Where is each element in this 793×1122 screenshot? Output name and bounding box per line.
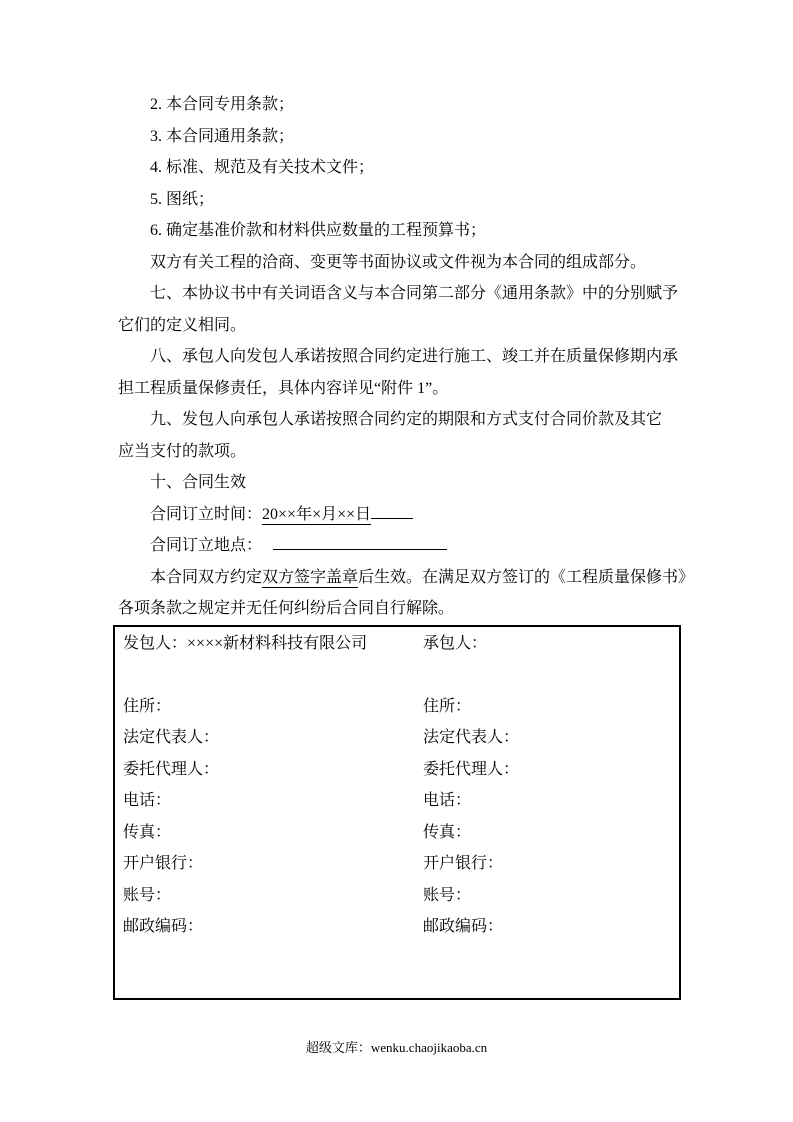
employer-field-legal-rep: 法定代表人： xyxy=(123,722,423,754)
clause-eight-line-2: 担工程质量保修责任，具体内容详见“附件 1”。 xyxy=(118,373,678,405)
contract-place-label: 合同订立地点： xyxy=(150,537,262,554)
blank-row xyxy=(423,659,679,691)
employer-field-postcode: 邮政编码： xyxy=(123,911,423,943)
contractor-field-agent: 委托代理人： xyxy=(423,754,679,786)
clause-line-6: 6. 确定基准价款和材料供应数量的工程预算书； xyxy=(118,215,678,247)
clause-line-5: 5. 图纸； xyxy=(118,184,678,216)
underline-blank xyxy=(273,534,447,550)
contract-place-line: 合同订立地点： xyxy=(118,530,678,562)
clause-ten-heading: 十、合同生效 xyxy=(118,467,678,499)
contractor-field-legal-rep: 法定代表人： xyxy=(423,722,679,754)
employer-column: 发包人：××××新材料科技有限公司 住所： 法定代表人： 委托代理人： 电话： … xyxy=(123,628,423,998)
footer-site-label: 超级文库： xyxy=(306,1040,371,1055)
contract-date-label: 合同订立时间： xyxy=(150,506,262,523)
employer-name: ××××新材料科技有限公司 xyxy=(187,635,367,652)
clause-nine-line-1: 九、发包人向承包人承诺按照合同约定的期限和方式支付合同价款及其它 xyxy=(118,404,678,436)
employer-field-phone: 电话： xyxy=(123,785,423,817)
effect-text-prefix: 本合同双方约定 xyxy=(150,569,262,586)
underline-blank xyxy=(371,503,413,519)
employer-field-address: 住所： xyxy=(123,691,423,723)
contractor-field-fax: 传真： xyxy=(423,817,679,849)
contractor-field-address: 住所： xyxy=(423,691,679,723)
clause-seven-line-1: 七、本协议书中有关词语含义与本合同第二部分《通用条款》中的分别赋予 xyxy=(118,278,678,310)
contract-effect-line-2: 各项条款之规定并无任何纠纷后合同自行解除。 xyxy=(118,593,678,625)
clause-seven-line-2: 它们的定义相同。 xyxy=(118,310,678,342)
clause-line-4: 4. 标准、规范及有关技术文件； xyxy=(118,152,678,184)
contractor-label: 承包人： xyxy=(423,635,487,652)
contractor-field-postcode: 邮政编码： xyxy=(423,911,679,943)
employer-label: 发包人： xyxy=(123,635,187,652)
contract-date-line: 合同订立时间：20××年×月××日 xyxy=(118,499,678,531)
contract-body: 2. 本合同专用条款； 3. 本合同通用条款； 4. 标准、规范及有关技术文件；… xyxy=(118,89,678,1000)
employer-title-line: 发包人：××××新材料科技有限公司 xyxy=(123,628,423,660)
contract-effect-line-1: 本合同双方约定双方签字盖章后生效。在满足双方签订的《工程质量保修书》 xyxy=(118,562,678,594)
clause-line-attachments: 双方有关工程的洽商、变更等书面协议或文件视为本合同的组成部分。 xyxy=(118,247,678,279)
clause-line-2: 2. 本合同专用条款； xyxy=(118,89,678,121)
contractor-field-bank: 开户银行： xyxy=(423,848,679,880)
footer-site-url[interactable]: wenku.chaojikaoba.cn xyxy=(371,1040,487,1055)
clause-nine-line-2: 应当支付的款项。 xyxy=(118,436,678,468)
employer-field-account: 账号： xyxy=(123,880,423,912)
contractor-column: 承包人： 住所： 法定代表人： 委托代理人： 电话： 传真： 开户银行： 账号：… xyxy=(423,628,679,998)
parties-table: 发包人：××××新材料科技有限公司 住所： 法定代表人： 委托代理人： 电话： … xyxy=(113,625,681,1000)
effect-text-suffix: 后生效。在满足双方签订的《工程质量保修书》 xyxy=(358,569,694,586)
employer-field-agent: 委托代理人： xyxy=(123,754,423,786)
signature-seal-underlined-text: 双方签字盖章 xyxy=(262,569,358,588)
blank-row xyxy=(123,659,423,691)
contractor-title-line: 承包人： xyxy=(423,628,679,660)
page-footer: 超级文库：wenku.chaojikaoba.cn xyxy=(0,1040,793,1056)
contractor-field-account: 账号： xyxy=(423,880,679,912)
contract-date-value: 20××年×月××日 xyxy=(262,506,371,525)
employer-field-bank: 开户银行： xyxy=(123,848,423,880)
clause-eight-line-1: 八、承包人向发包人承诺按照合同约定进行施工、竣工并在质量保修期内承 xyxy=(118,341,678,373)
clause-line-3: 3. 本合同通用条款； xyxy=(118,121,678,153)
document-page: 2. 本合同专用条款； 3. 本合同通用条款； 4. 标准、规范及有关技术文件；… xyxy=(0,0,793,1122)
employer-field-fax: 传真： xyxy=(123,817,423,849)
contractor-field-phone: 电话： xyxy=(423,785,679,817)
